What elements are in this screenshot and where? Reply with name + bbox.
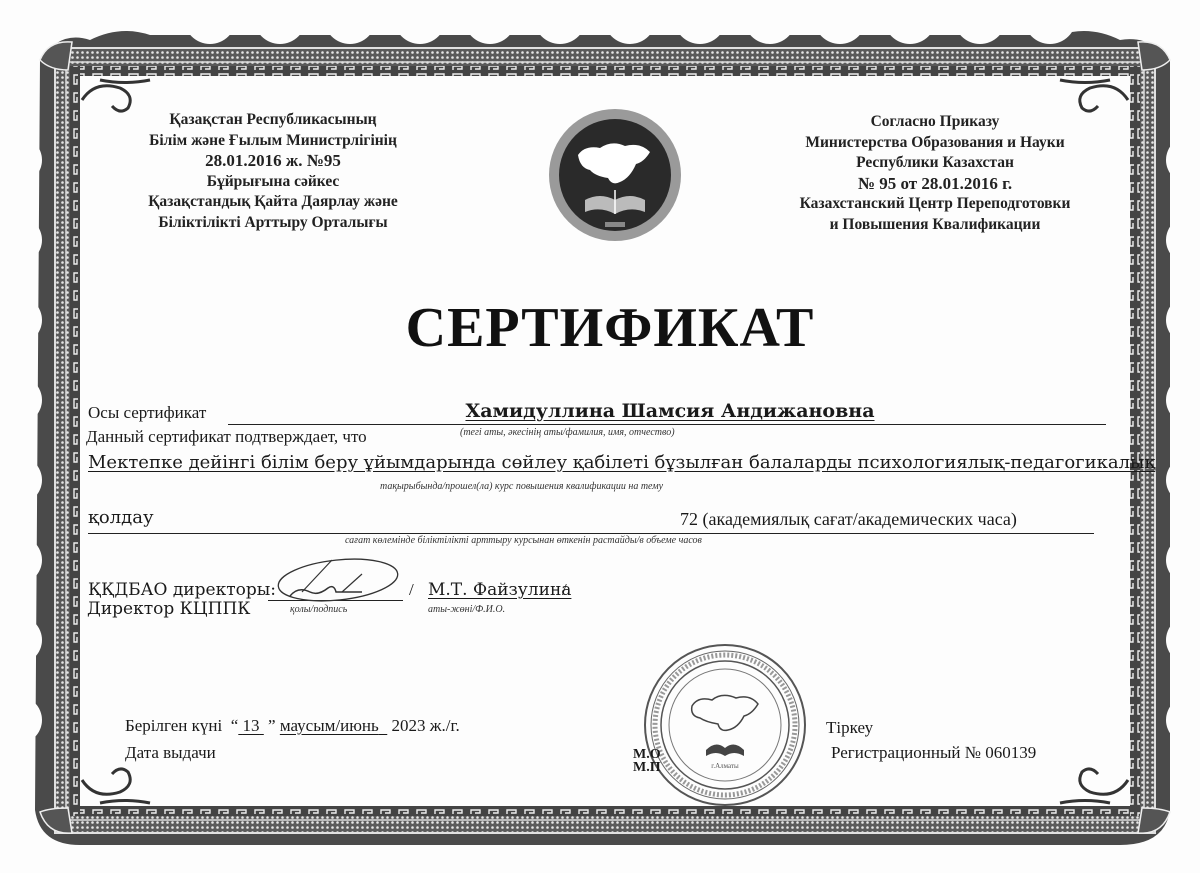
- stamp-place-ru: М.П: [633, 761, 661, 774]
- header-left-line: Қазақстан Республикасының: [108, 110, 438, 131]
- header-right-line: № 95 от 28.01.2016 г.: [775, 174, 1095, 195]
- issue-month: маусым/июнь: [280, 716, 387, 735]
- kazakhstan-emblem-icon: [540, 100, 690, 250]
- issue-label-kz: Берілген күні: [125, 716, 222, 735]
- director-label-ru: Директор КЦППК: [87, 599, 250, 619]
- header-right-line: Согласно Приказу: [775, 112, 1095, 133]
- header-right-line: Министерства Образования и Науки: [775, 133, 1095, 154]
- header-left-line: Қазақстандық Қайта Даярлау және: [108, 192, 438, 213]
- course-hours: 72 (академиялық сағат/академических часа…: [680, 509, 1017, 530]
- registration-number: Регистрационный № 060139: [831, 743, 1036, 763]
- director-name-caption: аты-жөні/Ф.И.О.: [428, 604, 505, 615]
- recipient-full-name: Хамидуллина Шамсия Андижановна: [235, 400, 1105, 422]
- course-hours-caption: сағат көлемінде біліктілікті арттыру кур…: [345, 535, 702, 546]
- header-left-line: Бұйрығына сәйкес: [108, 172, 438, 193]
- signature-caption: қолы/подпись: [290, 604, 347, 615]
- header-right-line: Казахстанский Центр Переподготовки: [775, 194, 1095, 215]
- header-left-kz: Қазақстан Республикасының Білім және Ғыл…: [108, 110, 438, 233]
- issue-year: 2023 ж./г.: [392, 716, 460, 735]
- director-label-kz: ҚҚДБАО директоры:: [88, 580, 276, 600]
- registration-number-value: № 060139: [965, 743, 1036, 762]
- registration-label-kz: Тіркеу: [826, 718, 873, 738]
- header-right-line: Республики Казахстан: [775, 153, 1095, 174]
- stamp-city: г.Алматы: [711, 762, 739, 770]
- course-topic-end: қолдау: [88, 507, 154, 528]
- header-right-line: и Повышения Квалификации: [775, 215, 1095, 236]
- signature-icon: [270, 552, 415, 604]
- director-name: М.Т. Файзулина: [428, 580, 571, 600]
- slash-separator: /: [562, 580, 567, 600]
- recipient-name-caption: (тегі аты, әкесінің аты/фамилия, имя, от…: [460, 427, 675, 438]
- issue-day: 13: [238, 716, 264, 735]
- close-quote: ”: [268, 716, 276, 735]
- certificate-title: СЕРТИФИКАТ: [300, 296, 920, 360]
- recipient-underline: [228, 424, 1106, 425]
- course-topic: Мектепке дейінгі білім беру ұйымдарында …: [88, 452, 1155, 473]
- round-seal-stamp-icon: г.Алматы: [640, 640, 810, 810]
- registration-label-ru: Регистрационный: [831, 743, 960, 762]
- issue-date: Берілген күні “ 13 ” маусым/июнь 2023 ж.…: [125, 716, 460, 736]
- recipient-label-ru: Данный сертификат подтверждает, что: [86, 427, 367, 447]
- header-left-line: 28.01.2016 ж. №95: [108, 151, 438, 172]
- course-topic-caption: тақырыбында/прошел(ла) курс повышения кв…: [380, 481, 663, 492]
- hours-underline: [88, 533, 1094, 534]
- header-left-line: Білім және Ғылым Министрлігінің: [108, 131, 438, 152]
- recipient-label-kz: Осы сертификат: [88, 403, 206, 423]
- header-right-ru: Согласно Приказу Министерства Образовани…: [775, 112, 1095, 235]
- slash-separator: /: [409, 580, 414, 600]
- header-left-line: Біліктілікті Арттыру Орталығы: [108, 213, 438, 234]
- issue-label-ru: Дата выдачи: [125, 743, 216, 763]
